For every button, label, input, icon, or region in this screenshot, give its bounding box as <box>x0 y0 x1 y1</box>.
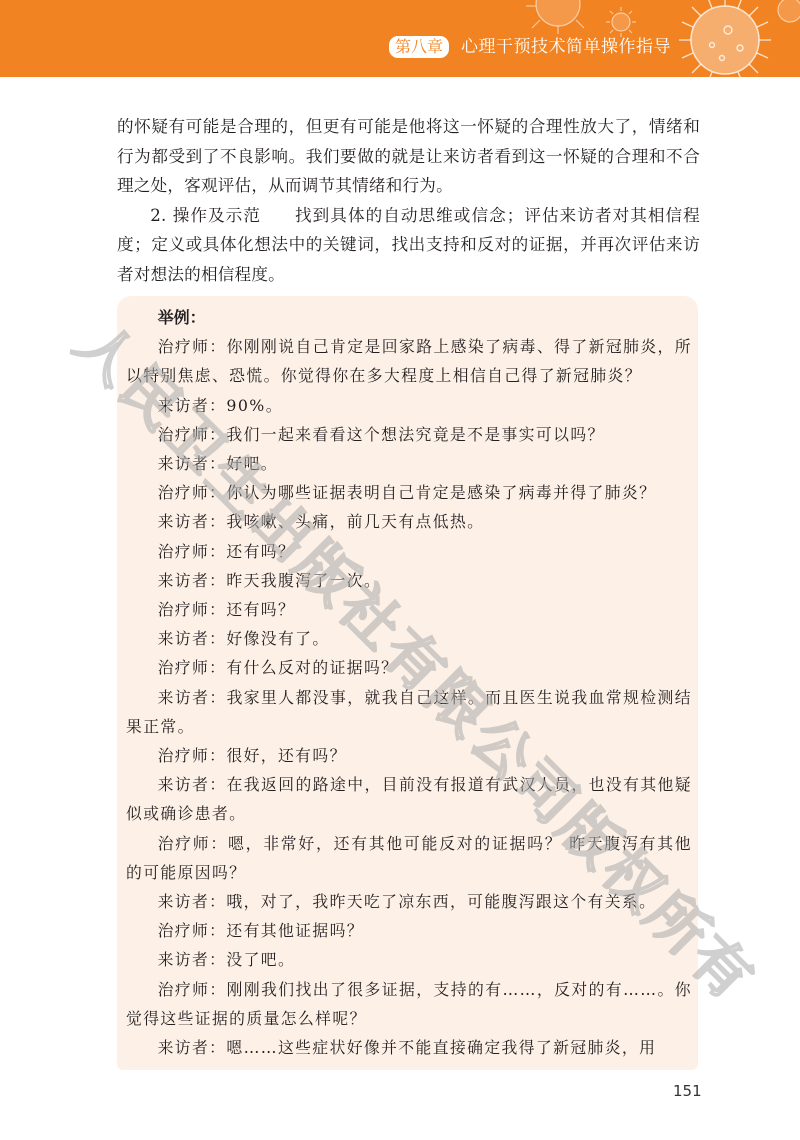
speaker-label: 来访者： <box>158 688 227 707</box>
dialogue-line: 来访者：我家里人都没事，就我自己这样。而且医生说我血常规检测结果正常。 <box>126 683 692 741</box>
speaker-label: 治疗师： <box>158 337 227 356</box>
speaker-label: 治疗师： <box>158 425 227 444</box>
dialogue-line: 来访者：我咳嗽、头痛，前几天有点低热。 <box>126 507 692 536</box>
dialogue-line: 来访者：嗯……这些症状好像并不能直接确定我得了新冠肺炎，用 <box>126 1033 692 1062</box>
page-number: 151 <box>673 1082 702 1100</box>
dialogue-text: 还有其他证据吗？ <box>226 921 364 940</box>
speaker-label: 治疗师： <box>158 834 228 853</box>
speaker-label: 来访者： <box>158 950 227 969</box>
dialogue-line: 治疗师：有什么反对的证据吗？ <box>126 653 692 682</box>
dialogue-line: 治疗师：嗯，非常好，还有其他可能反对的证据吗？ 昨天腹泻有其他的可能原因吗？ <box>126 829 692 887</box>
dialogue-line: 治疗师：你刚刚说自己肯定是回家路上感染了病毒、得了新冠肺炎，所以特别焦虑、恐慌。… <box>126 332 692 390</box>
speaker-label: 治疗师： <box>158 542 227 561</box>
dialogue-line: 治疗师：我们一起来看看这个想法究竟是不是事实可以吗？ <box>126 420 692 449</box>
dialogue-text: 好吧。 <box>226 454 278 473</box>
dialogue-line: 来访者：好吧。 <box>126 449 692 478</box>
dialogue-text: 还有吗？ <box>226 542 295 561</box>
speaker-label: 治疗师： <box>158 921 227 940</box>
chapter-title: 心理干预技术简单操作指导 <box>461 36 671 58</box>
dialogue-text: 我咳嗽、头痛，前几天有点低热。 <box>226 512 484 531</box>
dialogue-text: 很好，还有吗？ <box>226 746 346 765</box>
speaker-label: 来访者： <box>158 512 227 531</box>
chapter-header: 第八章 心理干预技术简单操作指导 <box>0 0 800 77</box>
dialogue-line: 来访者：90%。 <box>126 391 692 420</box>
body-text: 的怀疑有可能是合理的，但更有可能是他将这一怀疑的合理性放大了，情绪和行为都受到了… <box>117 112 700 289</box>
speaker-label: 来访者： <box>158 775 227 794</box>
dialogue-line: 来访者：昨天我腹泻了一次。 <box>126 566 692 595</box>
speaker-label: 治疗师： <box>158 980 227 999</box>
dialogue-line: 来访者：没了吧。 <box>126 945 692 974</box>
speaker-label: 来访者： <box>158 1038 227 1057</box>
dialogue-text: 90%。 <box>226 396 283 415</box>
dialogue-text: 我们一起来看看这个想法究竟是不是事实可以吗？ <box>226 425 604 444</box>
dialogue-text: 没了吧。 <box>226 950 295 969</box>
dialogue-line: 来访者：在我返回的路途中，目前没有报道有武汉人员，也没有其他疑似或确诊患者。 <box>126 770 692 828</box>
dialogue-text: 昨天我腹泻了一次。 <box>226 571 381 590</box>
dialogue-text: 有什么反对的证据吗？ <box>226 658 398 677</box>
dialogue-line: 来访者：哦，对了，我昨天吃了凉东西，可能腹泻跟这个有关系。 <box>126 887 692 916</box>
dialogue-text: 还有吗？ <box>226 600 295 619</box>
dialogue-line: 治疗师：还有吗？ <box>126 595 692 624</box>
chapter-badge: 第八章 <box>389 36 449 58</box>
speaker-label: 治疗师： <box>158 658 227 677</box>
speaker-label: 来访者： <box>158 629 227 648</box>
dialogue-line: 治疗师：还有其他证据吗？ <box>126 916 692 945</box>
example-content: 举例： 治疗师：你刚刚说自己肯定是回家路上感染了病毒、得了新冠肺炎，所以特别焦虑… <box>117 303 692 1062</box>
speaker-label: 治疗师： <box>158 600 227 619</box>
speaker-label: 来访者： <box>158 454 227 473</box>
speaker-label: 来访者： <box>158 396 227 415</box>
speaker-label: 来访者： <box>158 892 227 911</box>
dialogue-text: 好像没有了。 <box>226 629 329 648</box>
dialogue-text: 嗯……这些症状好像并不能直接确定我得了新冠肺炎，用 <box>226 1038 656 1057</box>
speaker-label: 来访者： <box>158 571 227 590</box>
dialogue-line: 治疗师：很好，还有吗？ <box>126 741 692 770</box>
speaker-label: 治疗师： <box>158 746 227 765</box>
speaker-label: 治疗师： <box>158 483 227 502</box>
dialogue-line: 治疗师：还有吗？ <box>126 537 692 566</box>
dialogue-text: 你认为哪些证据表明自己肯定是感染了病毒并得了肺炎？ <box>226 483 656 502</box>
section-label: 2. 操作及示范 <box>150 206 261 225</box>
dialogue-text: 哦，对了，我昨天吃了凉东西，可能腹泻跟这个有关系。 <box>226 892 656 911</box>
dialogue-line: 治疗师：刚刚我们找出了很多证据，支持的有……，反对的有……。你觉得这些证据的质量… <box>126 975 692 1033</box>
section-paragraph: 2. 操作及示范找到具体的自动思维或信念；评估来访者对其相信程度；定义或具体化想… <box>117 201 700 290</box>
dialogue-line: 治疗师：你认为哪些证据表明自己肯定是感染了病毒并得了肺炎？ <box>126 478 692 507</box>
dialogue-line: 来访者：好像没有了。 <box>126 624 692 653</box>
paragraph-continuation: 的怀疑有可能是合理的，但更有可能是他将这一怀疑的合理性放大了，情绪和行为都受到了… <box>117 112 700 201</box>
example-heading: 举例： <box>158 308 206 327</box>
